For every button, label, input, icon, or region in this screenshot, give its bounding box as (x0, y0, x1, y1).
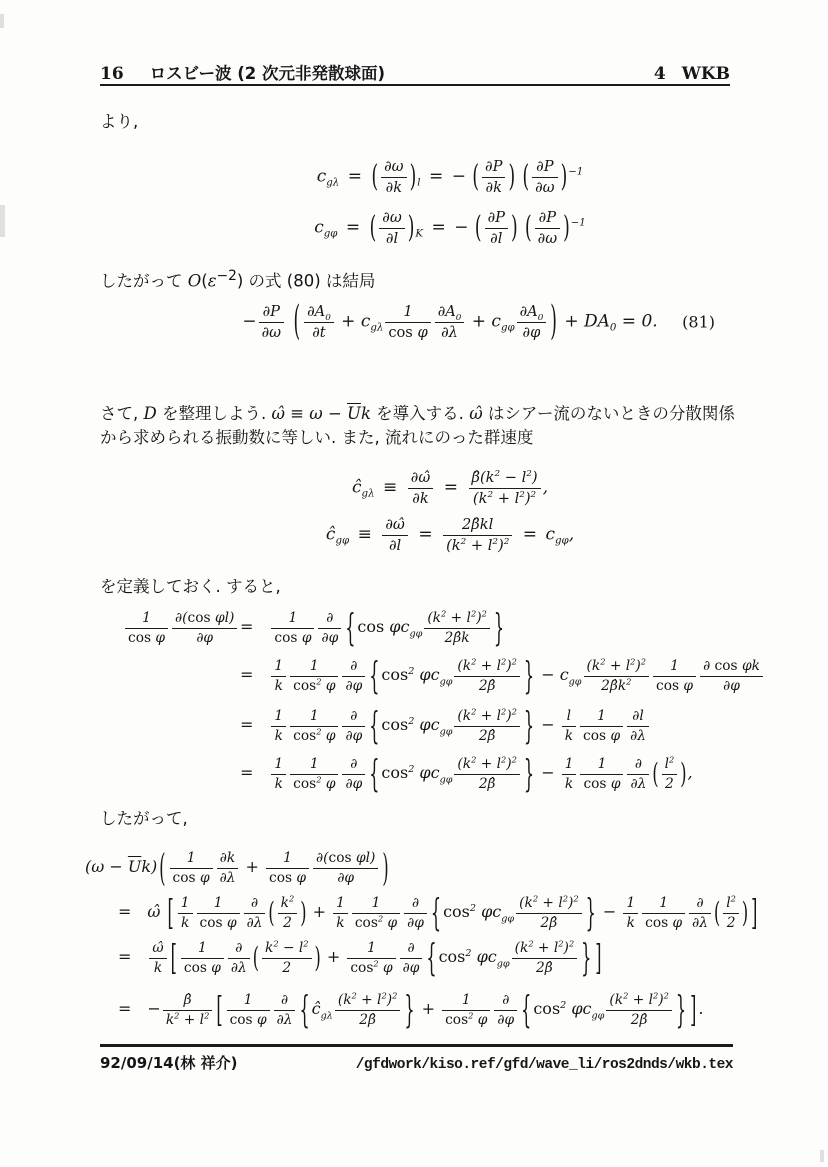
math-d1-l1-rhs: = 1cos φ∂∂φ{cos φcgφ(k2 + l2)22β̂k} (240, 609, 506, 646)
math-chat-phi: ĉgφ ≡ ∂ω̂∂l = 2β̂kl(k2 + l2)2 = cgφ, (326, 515, 574, 555)
paragraph-yori: より, (100, 110, 138, 134)
section-number: 4 (654, 64, 666, 84)
math-d2-l1: (ω − Uk)(1cos φ∂k∂λ + 1cos φ∂(cos φl)∂φ) (85, 849, 391, 886)
derivation2-line4: = −β̂k2 + l2[1cos φ∂∂λ{ĉgλ(k2 + l2)22β̂}… (118, 984, 703, 1036)
equation-chat-lambda: ĉgλ ≡ ∂ω̂∂k = β̂(k2 − l2)(k2 + l2)2, (100, 464, 800, 512)
math-chat-lambda: ĉgλ ≡ ∂ω̂∂k = β̂(k2 − l2)(k2 + l2)2, (352, 468, 548, 508)
equation-cg-lambda: cgλ = (∂ω∂k)l = − (∂P∂k) (∂P∂ω)−1 (100, 153, 800, 201)
scan-artifact (0, 205, 5, 237)
derivation1-line4: = 1k1cos2 φ∂∂φ{cos2 φcgφ(k2 + l2)22β̂} −… (240, 749, 693, 799)
equation-81: −∂P∂ω (∂A0∂t + cgλ1cos φ∂A0∂λ + cgφ∂A0∂φ… (100, 296, 800, 348)
math-cg-lambda: cgλ = (∂ω∂k)l = − (∂P∂k) (∂P∂ω)−1 (317, 157, 584, 197)
footer-date-author: 92/09/14(林 祥介) (100, 1052, 238, 1073)
derivation1-line2: = 1k1cos2 φ∂∂φ{cos2 φcgφ(k2 + l2)22β̂} −… (240, 651, 765, 701)
math-d1-l2: = 1k1cos2 φ∂∂φ{cos2 φcgφ(k2 + l2)22β̂} −… (240, 657, 765, 694)
math-cg-phi: cgφ = (∂ω∂l)K = − (∂P∂l) (∂P∂ω)−1 (314, 208, 586, 248)
derivation2-line1: (ω − Uk)(1cos φ∂k∂λ + 1cos φ∂(cos φl)∂φ) (85, 842, 391, 894)
derivation1-line1-lhs: 1cos φ∂(cos φl)∂φ (123, 603, 239, 653)
math-eq81: −∂P∂ω (∂A0∂t + cgλ1cos φ∂A0∂λ + cgφ∂A0∂φ… (242, 302, 657, 342)
math-d2-l3: = ω̂k[1cos φ∂∂λ(k2 − l22) + 1cos2 φ∂∂φ{c… (118, 939, 604, 976)
footer-rule (100, 1044, 733, 1047)
derivation2-line2: = ω̂ [1k1cos φ∂∂λ(k22) + 1k1cos2 φ∂∂φ{co… (118, 888, 759, 938)
paragraph-shitagatte: したがって, (100, 807, 188, 831)
page-header: 16 ロスビー波 (2 次元非発散球面) 4 WKB (100, 60, 730, 84)
equation-chat-phi: ĉgφ ≡ ∂ω̂∂l = 2β̂kl(k2 + l2)2 = cgφ, (100, 511, 800, 559)
paragraph-shitagatte-80: したがって O(ε−2) の式 (80) は結局 (100, 264, 375, 294)
math-d1-l3: = 1k1cos2 φ∂∂φ{cos2 φcgφ(k2 + l2)22β̂} −… (240, 707, 651, 744)
math-d2-l4: = −β̂k2 + l2[1cos φ∂∂λ{ĉgλ(k2 + l2)22β̂}… (118, 991, 703, 1028)
math-d1-l1-lhs: 1cos φ∂(cos φl)∂φ (123, 609, 239, 646)
equation-cg-phi: cgφ = (∂ω∂l)K = − (∂P∂l) (∂P∂ω)−1 (100, 204, 800, 252)
paragraph-sate: さて, D を整理しよう. ω̂ ≡ ω − Uk を導入する. ω̂ はシアー… (100, 402, 750, 450)
equation-number-81: (81) (682, 313, 715, 332)
header-rule (100, 84, 730, 86)
scan-artifact (820, 1150, 824, 1162)
math-d2-l2: = ω̂ [1k1cos φ∂∂λ(k22) + 1k1cos2 φ∂∂φ{co… (118, 894, 759, 931)
derivation2-line3: = ω̂k[1cos φ∂∂λ(k2 − l22) + 1cos2 φ∂∂φ{c… (118, 933, 604, 983)
derivation1-line1-rhs: = 1cos φ∂∂φ{cos φcgφ(k2 + l2)22β̂k} (240, 603, 506, 653)
paragraph-teigi: を定義しておく. すると, (100, 575, 281, 599)
derivation1-line3: = 1k1cos2 φ∂∂φ{cos2 φcgφ(k2 + l2)22β̂} −… (240, 701, 651, 751)
scan-artifact (0, 14, 4, 28)
math-d1-l4: = 1k1cos2 φ∂∂φ{cos2 φcgφ(k2 + l2)22β̂} −… (240, 755, 693, 792)
section-title: WKB (682, 64, 730, 84)
footer-file-path: /gfdwork/kiso.ref/gfd/wave_li/ros2dnds/w… (356, 1057, 733, 1073)
document-page: 16 ロスビー波 (2 次元非発散球面) 4 WKB より, cgλ = (∂ω… (0, 0, 828, 1167)
page-footer: 92/09/14(林 祥介) /gfdwork/kiso.ref/gfd/wav… (100, 1052, 733, 1073)
chapter-title: ロスビー波 (2 次元非発散球面) (150, 60, 385, 84)
page-number: 16 (100, 64, 124, 84)
